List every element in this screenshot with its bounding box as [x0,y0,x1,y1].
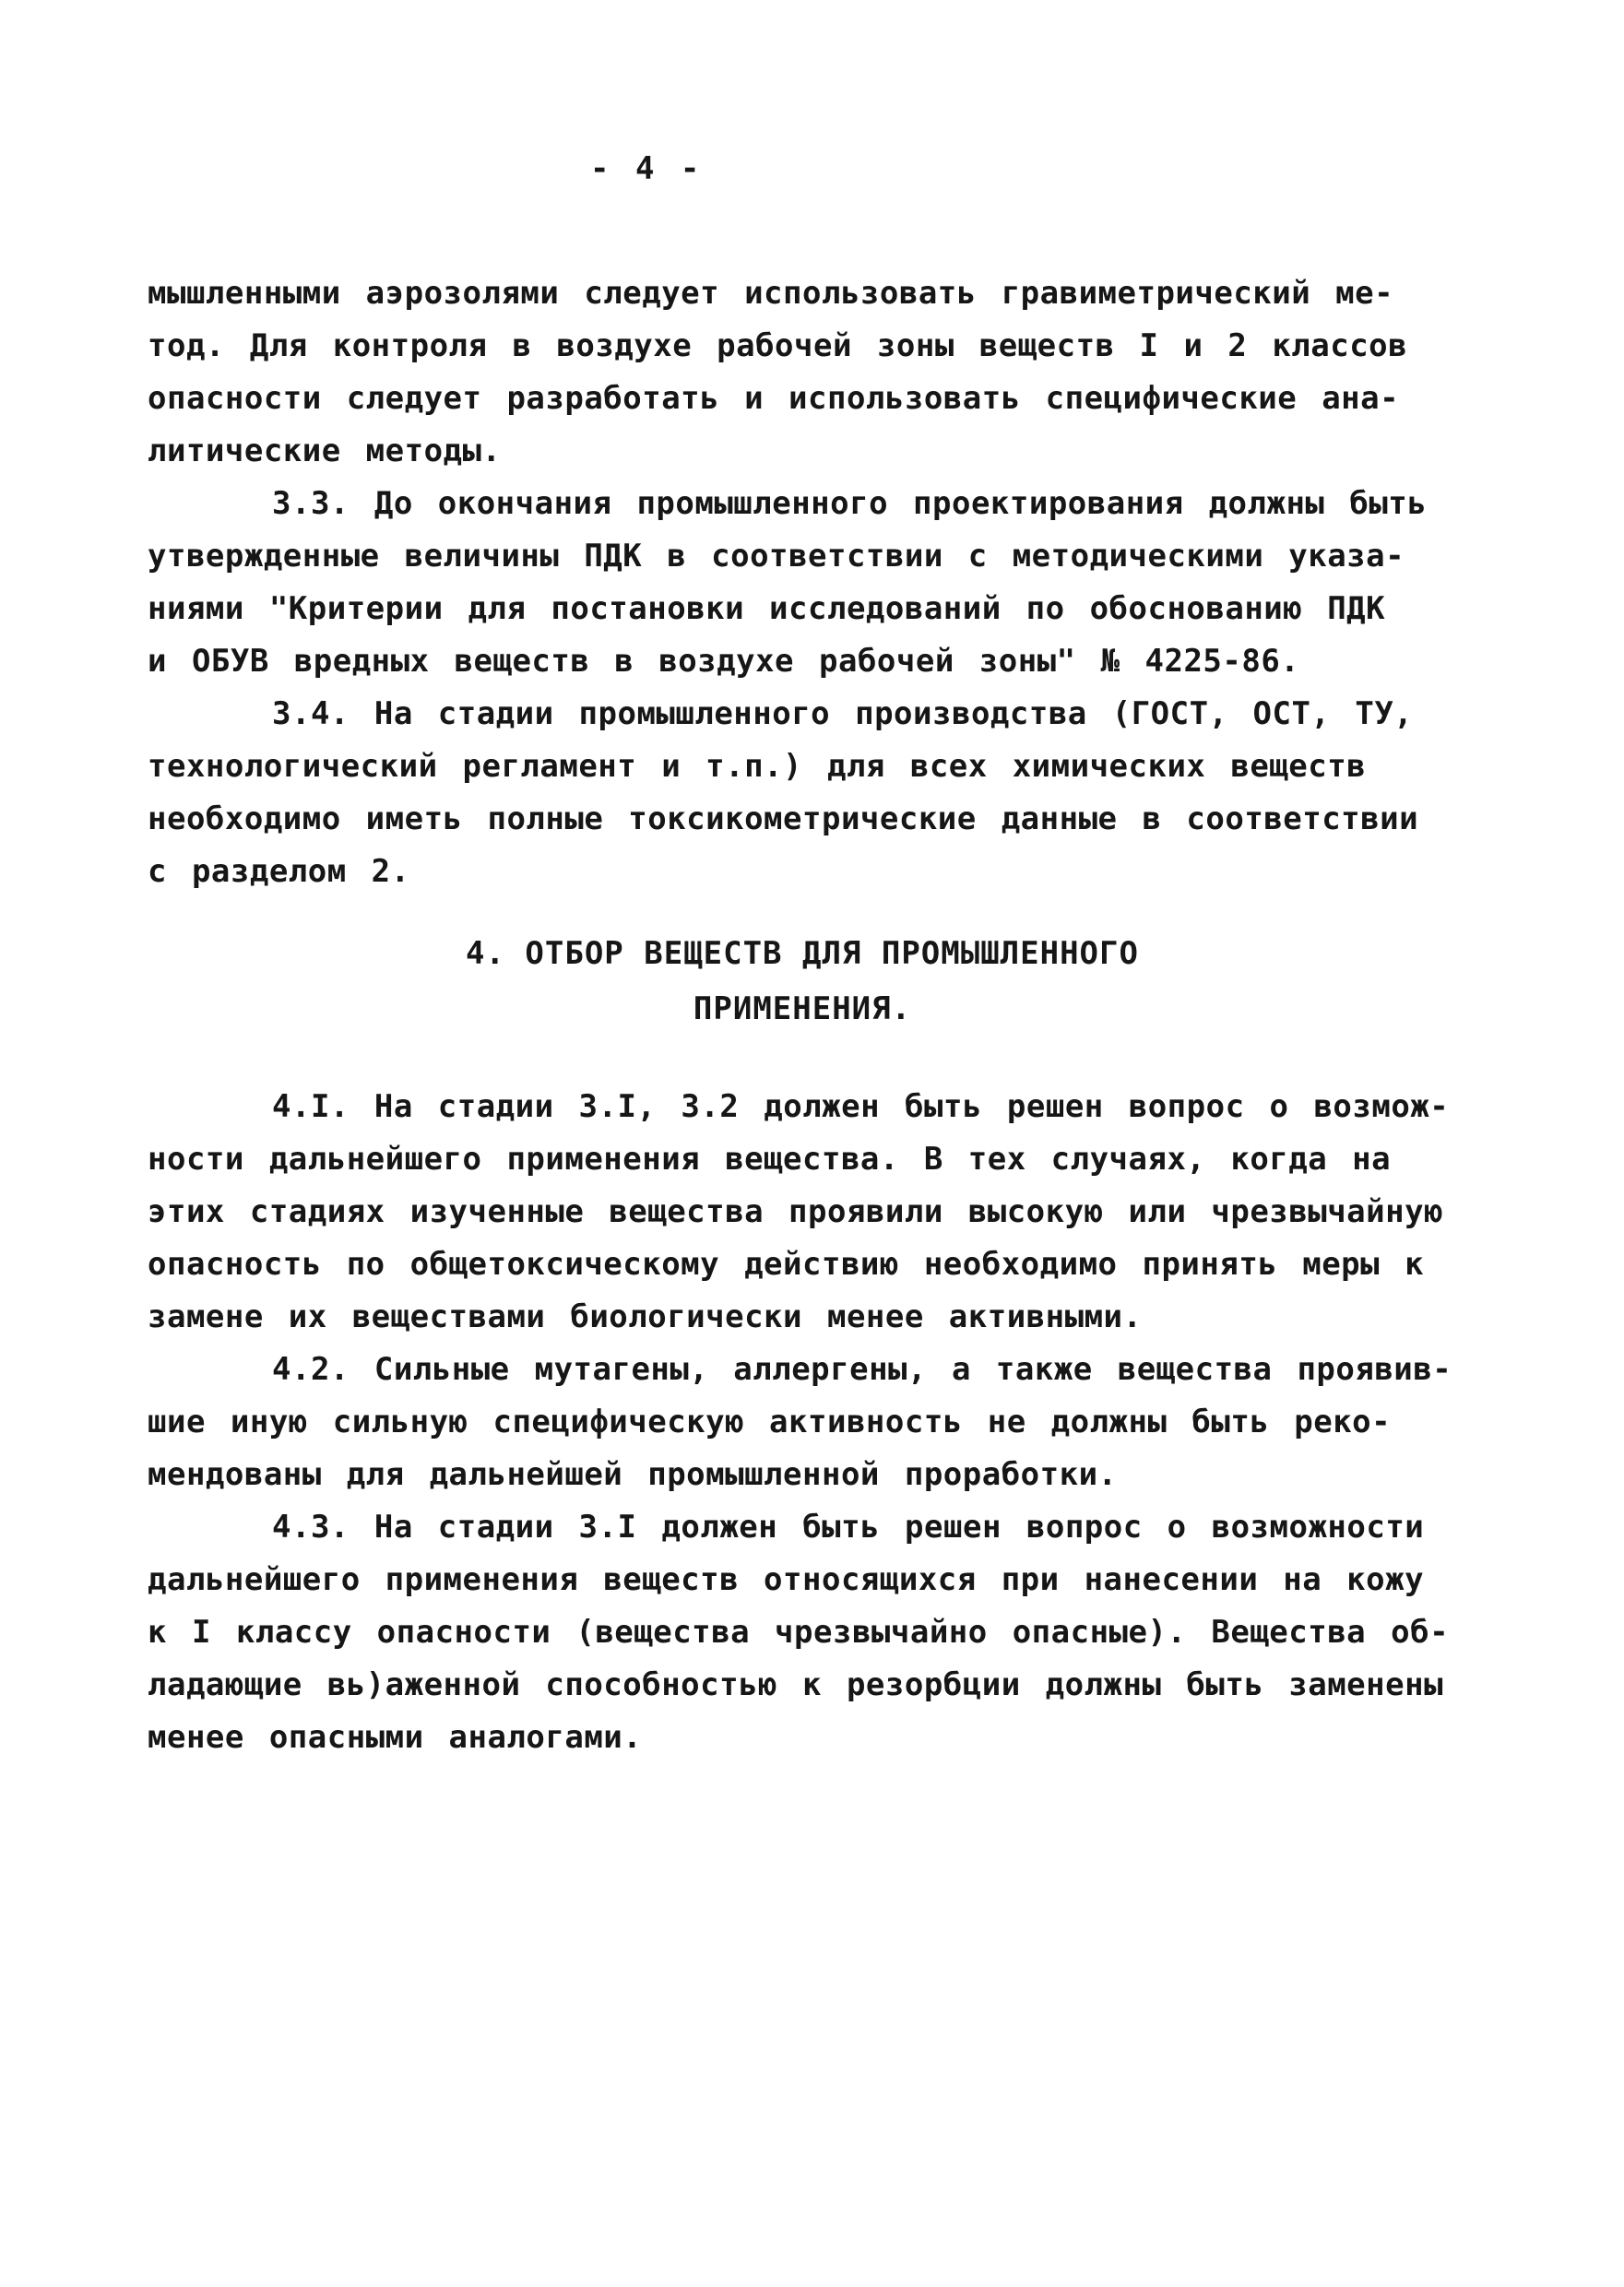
page-number: - 4 - [148,143,1457,196]
page-content: - 4 - мышленными аэрозолями следует испо… [148,143,1457,1764]
paragraph-4-3: 4.3. На стадии 3.I должен быть решен воп… [148,1501,1457,1764]
paragraph-continuation: мышленными аэрозолями следует использова… [148,267,1457,478]
paragraph-3-4: 3.4. На стадии промышленного производств… [148,688,1457,898]
section-4-heading-line1: 4. ОТБОР ВЕЩЕСТВ ДЛЯ ПРОМЫШЛЕННОГО [148,926,1457,981]
section-4-heading: 4. ОТБОР ВЕЩЕСТВ ДЛЯ ПРОМЫШЛЕННОГО ПРИМЕ… [148,926,1457,1037]
scanned-page: - 4 - мышленными аэрозолями следует испо… [0,0,1624,2287]
paragraph-4-2: 4.2. Сильные мутагены, аллергены, а такж… [148,1344,1457,1501]
paragraph-3-3: 3.3. До окончания промышленного проектир… [148,478,1457,688]
section-4-heading-line2: ПРИМЕНЕНИЯ. [148,981,1457,1037]
paragraph-4-1: 4.I. На стадии 3.I, 3.2 должен быть реше… [148,1081,1457,1344]
